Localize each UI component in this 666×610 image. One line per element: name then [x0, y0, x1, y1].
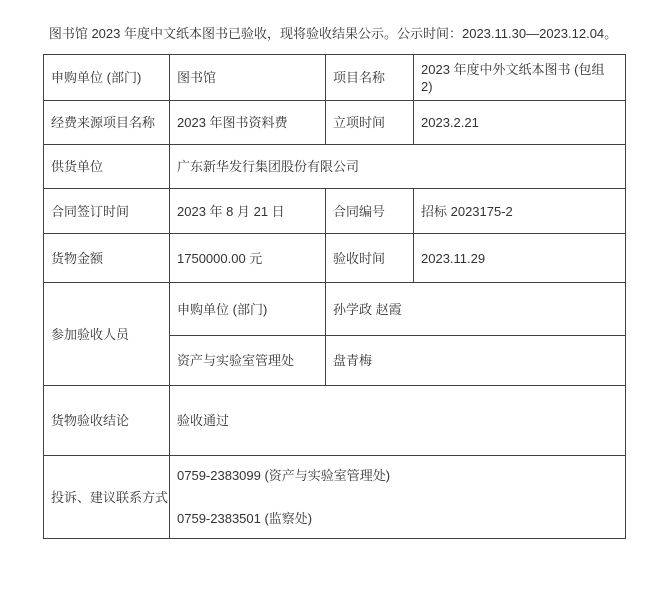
table-row: 货物验收结论 验收通过 — [44, 386, 626, 456]
supplier-value: 广东新华发行集团股份有限公司 — [170, 145, 626, 189]
applicant-dept-value: 图书馆 — [170, 55, 326, 101]
contract-sign-date-value: 2023 年 8 月 21 日 — [170, 189, 326, 234]
project-name-value: 2023 年度中外文纸本图书 (包组 2) — [414, 55, 626, 101]
table-row: 供货单位 广东新华发行集团股份有限公司 — [44, 145, 626, 189]
acceptance-time-value: 2023.11.29 — [414, 234, 626, 283]
contract-sign-date-label: 合同签订时间 — [44, 189, 170, 234]
acceptance-time-label: 验收时间 — [326, 234, 414, 283]
complaint-phone-asset-office: 0759-2383099 (资产与实验室管理处) — [177, 468, 618, 484]
complaint-contact-value: 0759-2383099 (资产与实验室管理处) 0759-2383501 (监… — [170, 456, 626, 539]
table-row: 投诉、建议联系方式 0759-2383099 (资产与实验室管理处) 0759-… — [44, 456, 626, 539]
applicant-dept-label: 申购单位 (部门) — [44, 55, 170, 101]
table-row: 合同签订时间 2023 年 8 月 21 日 合同编号 招标 2023175-2 — [44, 189, 626, 234]
participants-dept-label: 申购单位 (部门) — [170, 283, 326, 336]
goods-amount-value: 1750000.00 元 — [170, 234, 326, 283]
participants-dept-names: 孙学政 赵霞 — [326, 283, 626, 336]
acceptance-notice-table: 申购单位 (部门) 图书馆 项目名称 2023 年度中外文纸本图书 (包组 2)… — [43, 54, 626, 539]
table-row: 申购单位 (部门) 图书馆 项目名称 2023 年度中外文纸本图书 (包组 2) — [44, 55, 626, 101]
table-row: 经费来源项目名称 2023 年图书资料费 立项时间 2023.2.21 — [44, 101, 626, 145]
contract-number-label: 合同编号 — [326, 189, 414, 234]
complaint-phone-supervision-office: 0759-2383501 (监察处) — [177, 511, 618, 527]
conclusion-label: 货物验收结论 — [44, 386, 170, 456]
funding-source-label: 经费来源项目名称 — [44, 101, 170, 145]
project-name-label: 项目名称 — [326, 55, 414, 101]
table-row: 货物金额 1750000.00 元 验收时间 2023.11.29 — [44, 234, 626, 283]
approval-time-value: 2023.2.21 — [414, 101, 626, 145]
table-row: 参加验收人员 申购单位 (部门) 孙学政 赵霞 — [44, 283, 626, 336]
goods-amount-label: 货物金额 — [44, 234, 170, 283]
announcement-text: 图书馆 2023 年度中文纸本图书已验收，现将验收结果公示。公示时间：2023.… — [28, 25, 638, 42]
conclusion-value: 验收通过 — [170, 386, 626, 456]
participants-label: 参加验收人员 — [44, 283, 170, 386]
contract-number-value: 招标 2023175-2 — [414, 189, 626, 234]
complaint-contact-label: 投诉、建议联系方式 — [44, 456, 170, 539]
supplier-label: 供货单位 — [44, 145, 170, 189]
funding-source-value: 2023 年图书资料费 — [170, 101, 326, 145]
participants-asset-office-label: 资产与实验室管理处 — [170, 336, 326, 386]
participants-asset-office-names: 盘青梅 — [326, 336, 626, 386]
approval-time-label: 立项时间 — [326, 101, 414, 145]
